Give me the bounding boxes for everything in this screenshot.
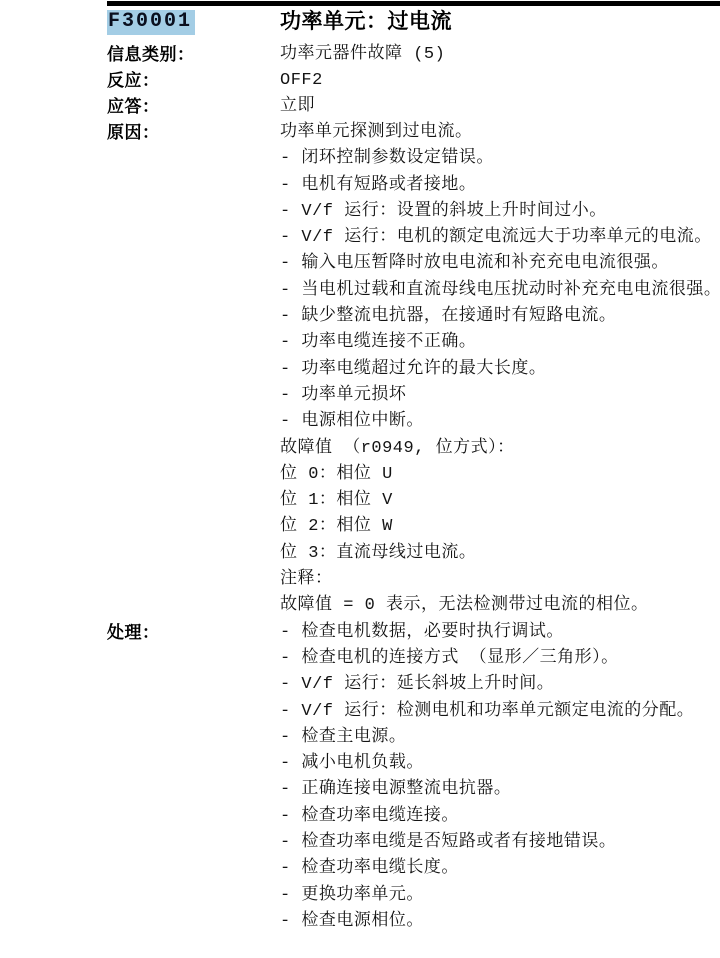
text-line: - V/f 运行：检测电机和功率单元额定电流的分配。 <box>280 699 720 725</box>
meta-label: 反应： <box>107 68 280 94</box>
fault-entry: F30001 功率单元：过电流 信息类别： 功率元器件故障 (5) 反应： OF… <box>107 8 720 935</box>
text-line: - 更换功率单元。 <box>280 883 720 909</box>
text-line: 位 3：直流母线过电流。 <box>280 541 720 567</box>
text-line: 位 0：相位 U <box>280 462 720 488</box>
remedy-section: 处理： - 检查电机数据，必要时执行调试。- 检查电机的连接方式 （显形／三角形… <box>107 620 720 936</box>
text-line: - 功率电缆连接不正确。 <box>280 330 720 356</box>
text-line: 位 2：相位 W <box>280 514 720 540</box>
meta-row-reaction: 反应： OFF2 <box>107 68 720 94</box>
meta-row-message-class: 信息类别： 功率元器件故障 (5) <box>107 42 720 68</box>
text-line: - 缺少整流电抗器，在接通时有短路电流。 <box>280 304 720 330</box>
text-line: 注释： <box>280 567 720 593</box>
cause-label: 原因： <box>107 120 280 146</box>
text-line: 功率单元探测到过电流。 <box>280 120 720 146</box>
text-line: - 检查功率电缆连接。 <box>280 804 720 830</box>
text-line: - 电机有短路或者接地。 <box>280 173 720 199</box>
document-page: F30001 功率单元：过电流 信息类别： 功率元器件故障 (5) 反应： OF… <box>0 0 720 958</box>
fault-code: F30001 <box>107 10 195 35</box>
text-line: - 当电机过载和直流母线电压扰动时补充充电电流很强。 <box>280 278 720 304</box>
text-line: - 电源相位中断。 <box>280 409 720 435</box>
meta-value: OFF2 <box>280 68 720 94</box>
text-line: - 检查电机的连接方式 （显形／三角形）。 <box>280 646 720 672</box>
section-divider-bar <box>107 1 720 6</box>
cause-section: 原因： 功率单元探测到过电流。- 闭环控制参数设定错误。- 电机有短路或者接地。… <box>107 120 720 620</box>
text-line: - 输入电压暂降时放电电流和补充充电电流很强。 <box>280 251 720 277</box>
meta-value: 立即 <box>280 94 720 120</box>
meta-row-acknowledge: 应答： 立即 <box>107 94 720 120</box>
meta-label: 应答： <box>107 94 280 120</box>
fault-title-cell: 功率单元：过电流 <box>280 10 720 34</box>
meta-value: 功率元器件故障 (5) <box>280 42 720 68</box>
text-line: - V/f 运行：延长斜坡上升时间。 <box>280 672 720 698</box>
text-line: - 检查功率电缆是否短路或者有接地错误。 <box>280 830 720 856</box>
text-line: - 功率电缆超过允许的最大长度。 <box>280 357 720 383</box>
text-line: 故障值 = 0 表示，无法检测带过电流的相位。 <box>280 593 720 619</box>
text-line: 位 1：相位 V <box>280 488 720 514</box>
text-line: - V/f 运行：设置的斜坡上升时间过小。 <box>280 199 720 225</box>
text-line: 故障值 （r0949, 位方式）： <box>280 436 720 462</box>
fault-title: 功率单元：过电流 <box>280 10 720 34</box>
text-line: - 检查功率电缆长度。 <box>280 856 720 882</box>
text-line: - 检查电源相位。 <box>280 909 720 935</box>
text-line: - 检查电机数据，必要时执行调试。 <box>280 620 720 646</box>
remedy-lines: - 检查电机数据，必要时执行调试。- 检查电机的连接方式 （显形／三角形）。- … <box>280 620 720 936</box>
cause-lines: 功率单元探测到过电流。- 闭环控制参数设定错误。- 电机有短路或者接地。- V/… <box>280 120 720 620</box>
fault-code-cell: F30001 <box>107 10 280 35</box>
text-line: - 减小电机负载。 <box>280 751 720 777</box>
text-line: - 闭环控制参数设定错误。 <box>280 146 720 172</box>
text-line: - 功率单元损坏 <box>280 383 720 409</box>
text-line: - V/f 运行：电机的额定电流远大于功率单元的电流。 <box>280 225 720 251</box>
remedy-label: 处理： <box>107 620 280 646</box>
text-line: - 检查主电源。 <box>280 725 720 751</box>
text-line: - 正确连接电源整流电抗器。 <box>280 777 720 803</box>
meta-label: 信息类别： <box>107 42 280 68</box>
fault-header: F30001 功率单元：过电流 <box>107 8 720 42</box>
